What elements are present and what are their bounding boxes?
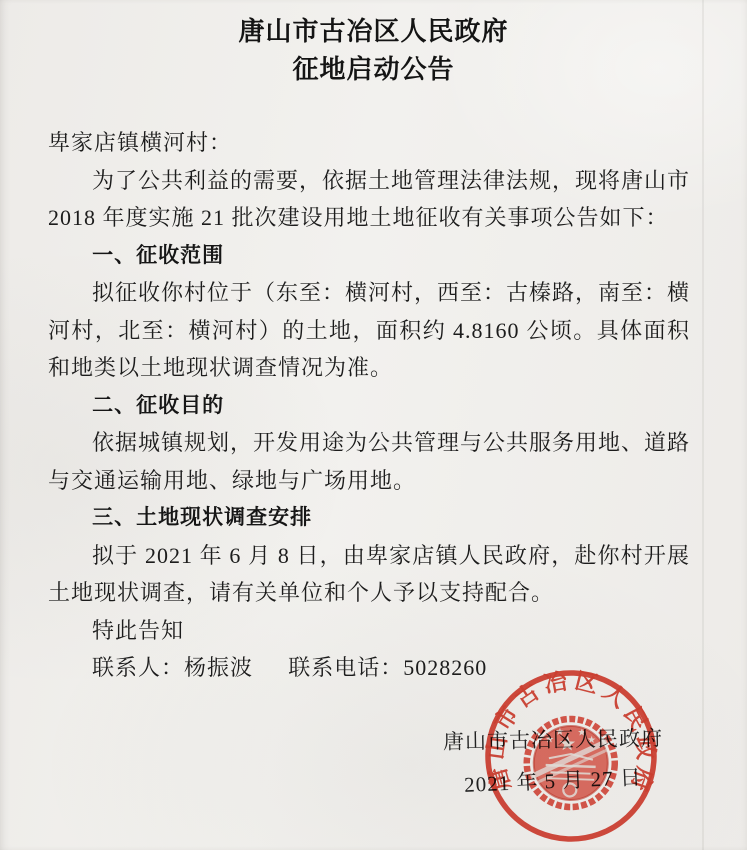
section-3-heading: 三、土地现状调查安排 <box>48 499 690 537</box>
salutation: 卑家店镇横河村： <box>48 124 690 162</box>
scanned-document-page: 唐山市古冶区人民政府 征地启动公告 卑家店镇横河村： 为了公共利益的需要，依据土… <box>0 0 747 850</box>
scan-artifact-line <box>702 0 704 850</box>
intro-paragraph: 为了公共利益的需要，依据土地管理法律法规，现将唐山市 2018 年度实施 21 … <box>48 162 690 237</box>
official-seal: 唐山市古冶区人民政府 <box>480 665 662 847</box>
section-1-heading: 一、征收范围 <box>48 237 690 275</box>
document-header: 唐山市古冶区人民政府 征地启动公告 <box>0 0 747 88</box>
closing-note: 特此告知 <box>48 612 690 650</box>
contact-person: 联系人：杨振波 <box>92 655 253 680</box>
document-body: 卑家店镇横河村： 为了公共利益的需要，依据土地管理法律法规，现将唐山市 2018… <box>48 124 690 687</box>
national-emblem-icon <box>525 717 616 808</box>
section-2-heading: 二、征收目的 <box>48 387 690 425</box>
page-title-line2: 征地启动公告 <box>0 50 747 88</box>
contact-phone: 联系电话：5028260 <box>288 655 487 680</box>
page-title-line1: 唐山市古冶区人民政府 <box>0 12 747 50</box>
section-1-body: 拟征收你村位于（东至：横河村，西至：古榛路，南至：横河村，北至：横河村）的土地，… <box>48 274 690 387</box>
section-2-body: 依据城镇规划，开发用途为公共管理与公共服务用地、道路与交通运输用地、绿地与广场用… <box>48 424 690 499</box>
section-3-body: 拟于 2021 年 6 月 8 日，由卑家店镇人民政府，赴你村开展土地现状调查，… <box>48 537 690 612</box>
